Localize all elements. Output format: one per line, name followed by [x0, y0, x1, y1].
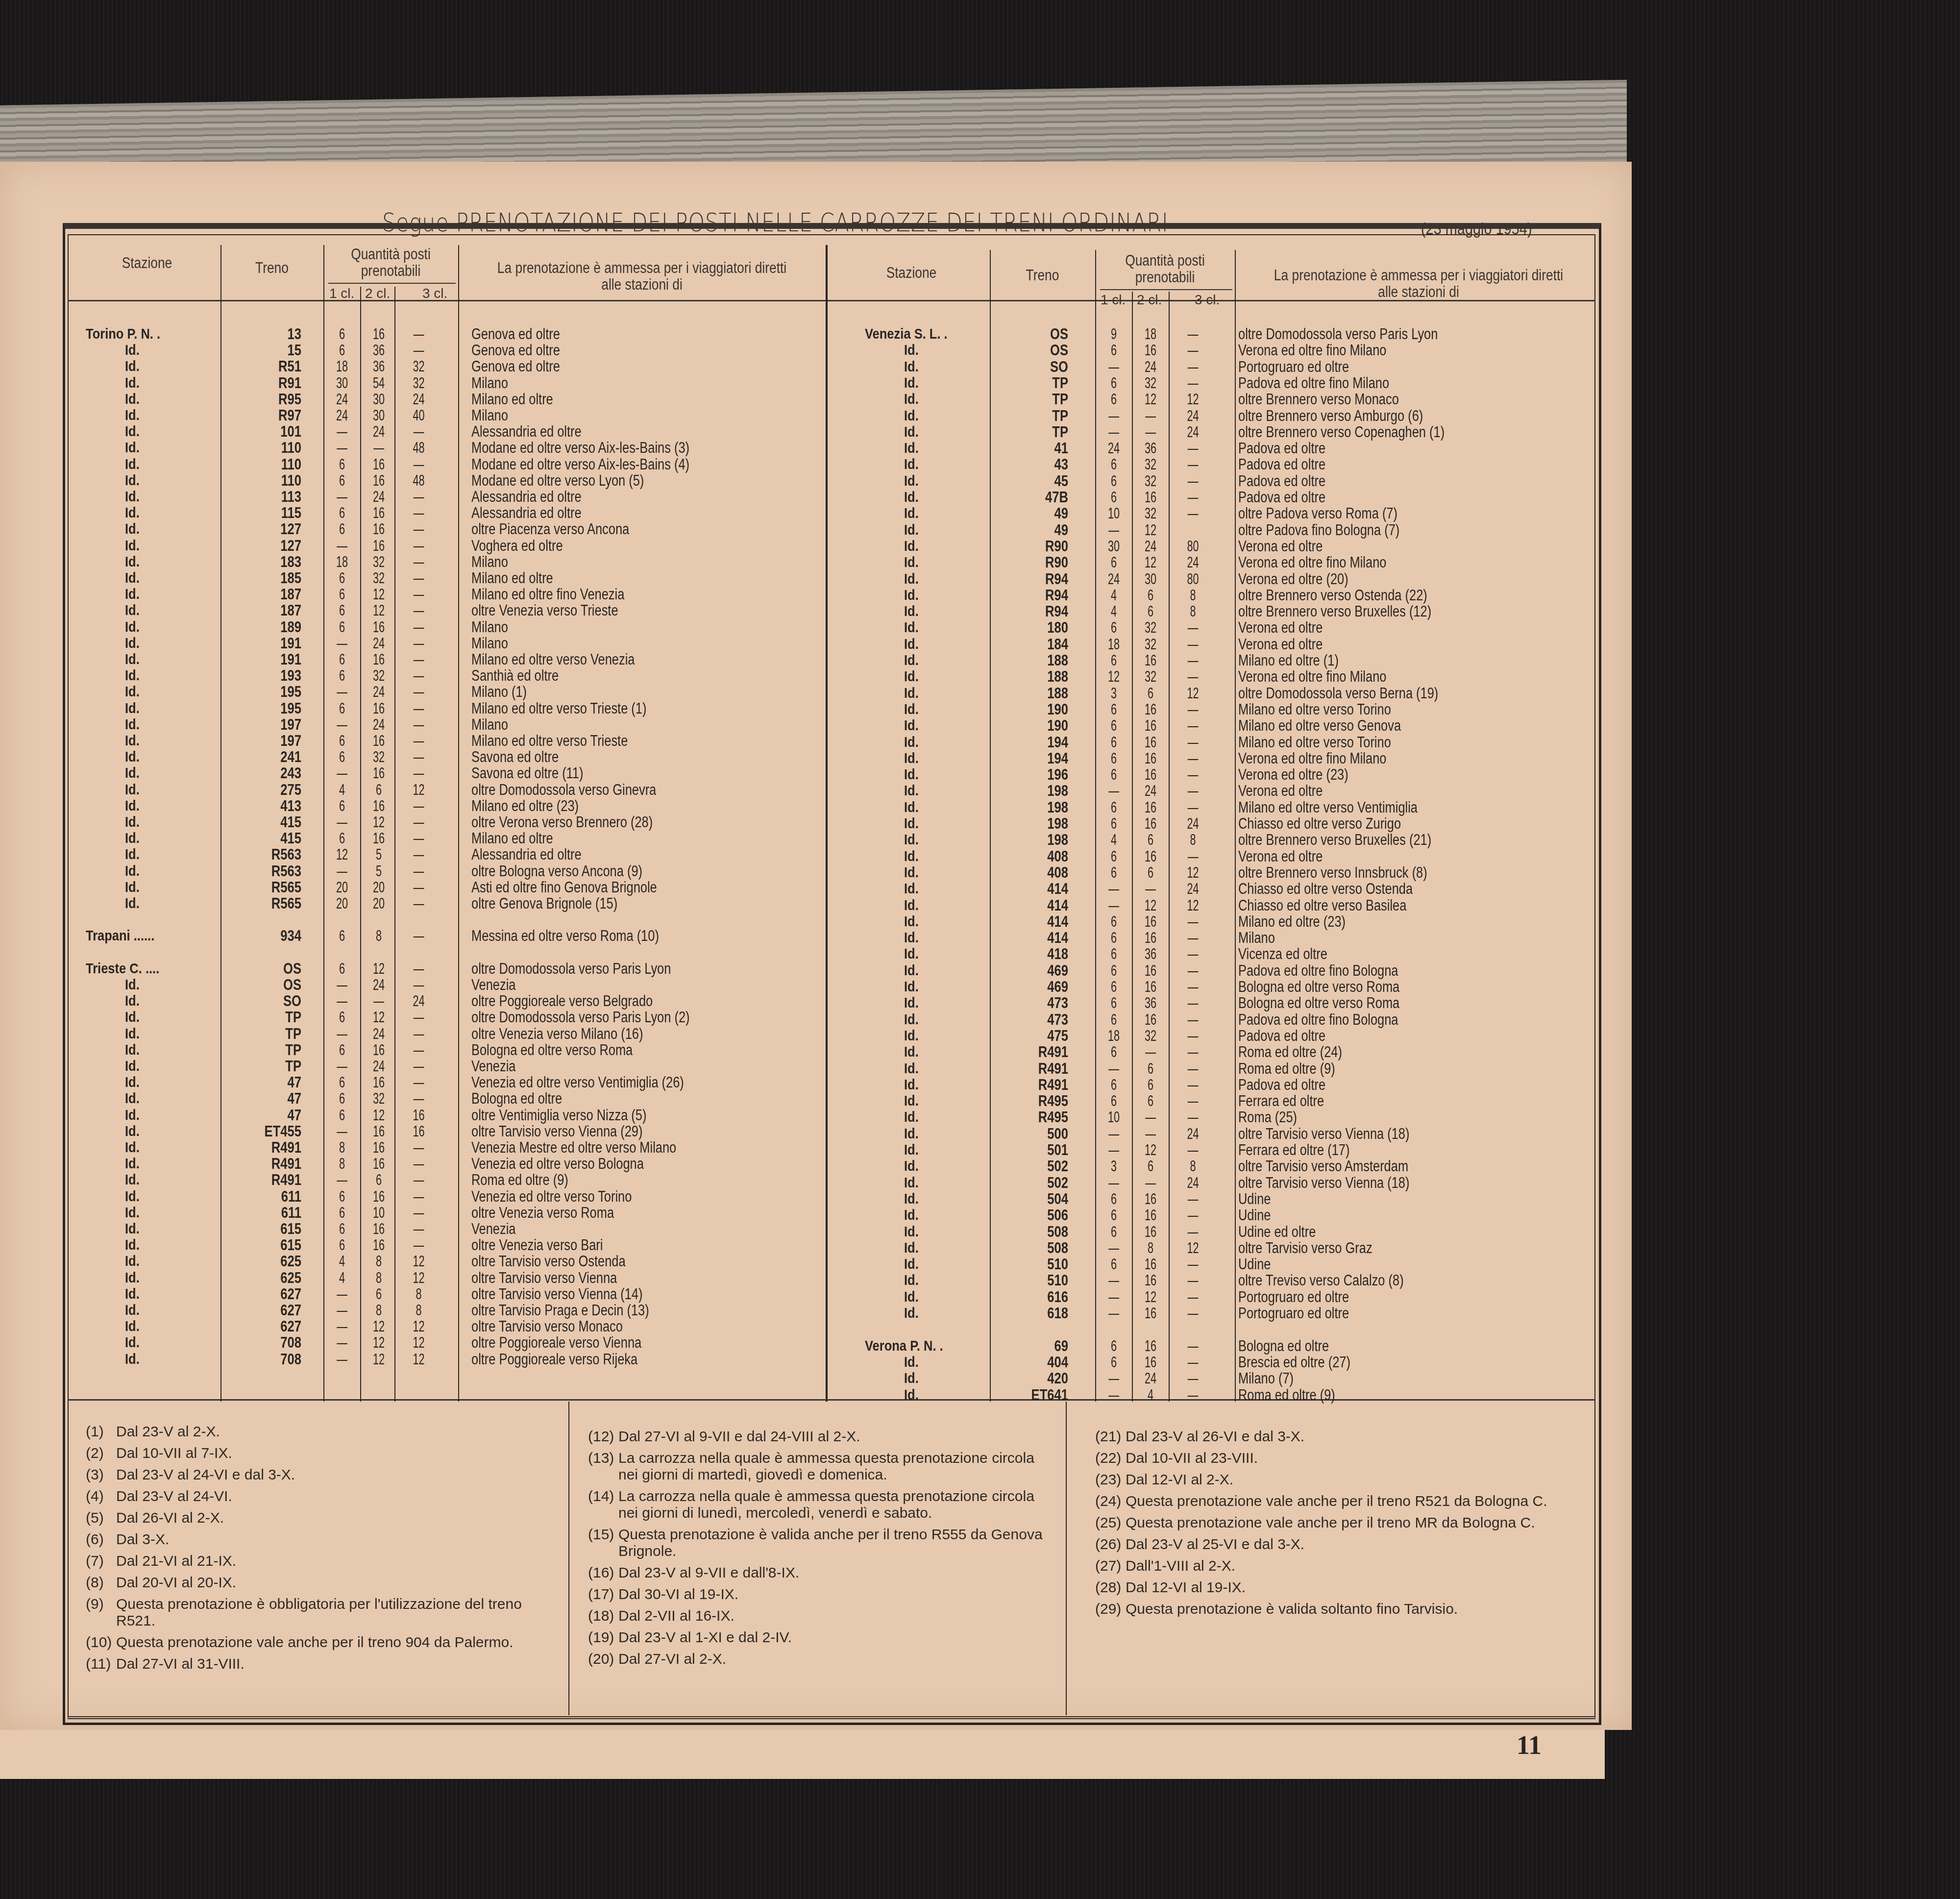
- train-cell: 408: [1007, 848, 1068, 864]
- table-row: Id.404616—Brescia ed oltre (27): [0, 1354, 1960, 1370]
- destination-cell: Verona ed oltre fino Milano: [1238, 750, 1386, 766]
- footnote-item: (27)Dall'1-VIII al 2-X.: [1095, 1558, 1566, 1575]
- destination-cell: Ferrara ed oltre: [1238, 1093, 1324, 1109]
- train-cell: R491: [1007, 1077, 1068, 1093]
- train-cell: R94: [1007, 571, 1068, 587]
- train-cell: 506: [1007, 1207, 1068, 1223]
- station-cell: Id.: [904, 815, 919, 832]
- seats-1cl-cell: —: [1102, 359, 1126, 375]
- destination-cell: Milano ed oltre (23): [1238, 913, 1346, 930]
- seats-2cl-cell: 6: [1138, 1060, 1163, 1077]
- train-cell: 190: [1007, 701, 1068, 717]
- table-row: Id.508616—Udine ed oltre: [0, 1224, 1960, 1240]
- header-quantita-rule-right: [1100, 289, 1232, 290]
- footnote-item: (23)Dal 12-VI al 2-X.: [1095, 1472, 1566, 1488]
- station-cell: Id.: [904, 995, 919, 1011]
- destination-cell: Roma (25): [1238, 1109, 1297, 1125]
- footnote-number: (17): [588, 1586, 618, 1603]
- seats-3cl-cell: —: [1176, 456, 1209, 472]
- footnote-number: (16): [588, 1565, 618, 1581]
- footnote-col-line: [568, 1402, 569, 1715]
- station-cell: Id.: [904, 636, 919, 652]
- seats-1cl-cell: 6: [1102, 962, 1126, 979]
- train-cell: 198: [1007, 799, 1068, 815]
- seats-3cl-cell: —: [1176, 1224, 1209, 1240]
- table-row: Id.469616—Bologna ed oltre verso Roma: [0, 979, 1960, 995]
- station-cell: Id.: [904, 375, 919, 391]
- seats-3cl-cell: —: [1176, 783, 1209, 799]
- seats-1cl-cell: 6: [1102, 946, 1126, 962]
- table-row: Id.414616—Milano ed oltre (23): [0, 913, 1960, 930]
- destination-cell: Portogruaro ed oltre: [1238, 359, 1349, 375]
- seats-2cl-cell: 32: [1138, 619, 1163, 636]
- train-cell: 508: [1007, 1224, 1068, 1240]
- station-cell: Id.: [904, 799, 919, 815]
- seats-3cl-cell: —: [1176, 995, 1209, 1011]
- table-row: Id.45632—Padova ed oltre: [0, 473, 1960, 489]
- header-1cl-left: 1 cl.: [329, 286, 354, 301]
- station-cell: Id.: [904, 1370, 919, 1386]
- seats-1cl-cell: —: [1102, 1272, 1126, 1288]
- seats-2cl-cell: 6: [1138, 832, 1163, 848]
- header-treno-right: Treno: [998, 267, 1087, 284]
- train-cell: SO: [1007, 359, 1068, 375]
- station-cell: Id.: [904, 1142, 919, 1158]
- seats-3cl-cell: 24: [1176, 1126, 1209, 1142]
- footnote-text: Dal 23-V al 1-XI e dal 2-IV.: [618, 1629, 792, 1646]
- seats-1cl-cell: 6: [1102, 1077, 1126, 1093]
- seats-3cl-cell: 24: [1176, 424, 1209, 440]
- station-cell: Id.: [904, 717, 919, 734]
- footnote-item: (12)Dal 27-VI al 9-VII e dal 24-VIII al …: [588, 1429, 1053, 1445]
- seats-1cl-cell: 12: [1102, 668, 1126, 685]
- table-row: Id.414——24Chiasso ed oltre verso Ostenda: [0, 881, 1960, 897]
- station-cell: Id.: [904, 440, 919, 456]
- train-cell: 188: [1007, 652, 1068, 668]
- destination-cell: Verona ed oltre fino Milano: [1238, 342, 1386, 358]
- station-cell: Id.: [904, 538, 919, 554]
- station-cell: Id.: [904, 619, 919, 636]
- seats-1cl-cell: 6: [1102, 375, 1126, 391]
- seats-2cl-cell: 32: [1138, 505, 1163, 521]
- seats-1cl-cell: 6: [1102, 701, 1126, 717]
- footnote-number: (11): [86, 1656, 116, 1673]
- seats-3cl-cell: —: [1176, 979, 1209, 995]
- station-cell: Id.: [904, 554, 919, 570]
- seats-3cl-cell: —: [1176, 359, 1209, 375]
- table-row: Venezia S. L. .OS918—oltre Domodossola v…: [0, 326, 1960, 342]
- train-cell: TP: [1007, 408, 1068, 424]
- train-cell: 420: [1007, 1370, 1068, 1386]
- footnote-item: (5)Dal 26-VI al 2-X.: [86, 1510, 551, 1527]
- seats-2cl-cell: 16: [1138, 766, 1163, 783]
- train-cell: R491: [1007, 1060, 1068, 1077]
- destination-cell: Bologna ed oltre verso Roma: [1238, 979, 1399, 995]
- seats-3cl-cell: 24: [1176, 1175, 1209, 1191]
- train-cell: 504: [1007, 1191, 1068, 1207]
- destination-cell: Portogruaro ed oltre: [1238, 1305, 1349, 1321]
- footnote-item: (1)Dal 23-V al 2-X.: [86, 1424, 551, 1440]
- station-cell: Id.: [904, 408, 919, 424]
- station-cell: Id.: [904, 587, 919, 603]
- seats-2cl-cell: 16: [1138, 799, 1163, 815]
- train-cell: 469: [1007, 979, 1068, 995]
- table-row: Id.49—12oltre Padova fino Bologna (7): [0, 522, 1960, 538]
- seats-1cl-cell: 6: [1102, 734, 1126, 750]
- seats-2cl-cell: 16: [1138, 1224, 1163, 1240]
- station-cell: Id.: [904, 1354, 919, 1370]
- station-cell: Id.: [904, 1272, 919, 1288]
- destination-cell: Milano (7): [1238, 1370, 1294, 1386]
- footnote-number: (10): [86, 1634, 116, 1651]
- footnote-text: Dal 20-VI al 20-IX.: [116, 1575, 236, 1591]
- table-row: Id.198468oltre Brennero verso Bruxelles …: [0, 832, 1960, 848]
- seats-1cl-cell: 6: [1102, 1207, 1126, 1223]
- seats-1cl-cell: 6: [1102, 1191, 1126, 1207]
- destination-cell: Milano ed oltre verso Torino: [1238, 701, 1391, 717]
- table-row: Id.500——24oltre Tarvisio verso Vienna (1…: [0, 1126, 1960, 1142]
- footnote-number: (25): [1095, 1515, 1126, 1531]
- seats-2cl-cell: 16: [1138, 930, 1163, 946]
- footnote-text: Dal 30-VI al 19-IX.: [618, 1586, 738, 1603]
- seats-2cl-cell: 16: [1138, 1207, 1163, 1223]
- seats-3cl-cell: —: [1176, 848, 1209, 864]
- seats-1cl-cell: —: [1102, 897, 1126, 913]
- destination-cell: Padova ed oltre fino Bologna: [1238, 1011, 1398, 1028]
- seats-2cl-cell: 16: [1138, 1272, 1163, 1288]
- train-cell: 414: [1007, 881, 1068, 897]
- header-2cl-right: 2 cl.: [1137, 292, 1162, 308]
- seats-1cl-cell: 6: [1102, 473, 1126, 489]
- seats-2cl-cell: 16: [1138, 1305, 1163, 1321]
- footnote-item: (19)Dal 23-V al 1-XI e dal 2-IV.: [588, 1629, 1053, 1646]
- footnote-text: Dal 23-V al 26-VI e dal 3-X.: [1126, 1429, 1304, 1445]
- footnote-number: (15): [588, 1527, 618, 1560]
- destination-cell: oltre Brennero verso Innsbruck (8): [1238, 864, 1427, 881]
- station-cell: Id.: [904, 1305, 919, 1321]
- header-2cl-left: 2 cl.: [365, 286, 390, 301]
- train-cell: R94: [1007, 603, 1068, 619]
- footnote-number: (22): [1095, 1450, 1126, 1467]
- destination-cell: Brescia ed oltre (27): [1238, 1354, 1350, 1370]
- seats-3cl-cell: —: [1176, 1370, 1209, 1386]
- destination-cell: Chiasso ed oltre verso Ostenda: [1238, 881, 1413, 897]
- seats-3cl-cell: —: [1176, 962, 1209, 979]
- footnote-item: (25)Questa prenotazione vale anche per i…: [1095, 1515, 1566, 1531]
- table-row: Id.408616—Verona ed oltre: [0, 848, 1960, 864]
- station-cell: Id.: [904, 668, 919, 685]
- seats-3cl-cell: —: [1176, 1011, 1209, 1028]
- footnote-number: (23): [1095, 1472, 1126, 1488]
- header-stazione-left: Stazione: [85, 255, 210, 271]
- header-destinazione-left: La prenotazione è ammessa per i viaggiat…: [496, 260, 788, 293]
- destination-cell: Milano: [1238, 930, 1275, 946]
- table-row: Id.502——24oltre Tarvisio verso Vienna (1…: [0, 1175, 1960, 1191]
- seats-1cl-cell: —: [1102, 1240, 1126, 1256]
- seats-2cl-cell: 16: [1138, 1191, 1163, 1207]
- seats-1cl-cell: 6: [1102, 489, 1126, 505]
- destination-cell: Padova ed oltre: [1238, 456, 1325, 472]
- train-cell: 47B: [1007, 489, 1068, 505]
- table-row: Id.190616—Milano ed oltre verso Genova: [0, 717, 1960, 734]
- train-cell: 184: [1007, 636, 1068, 652]
- seats-2cl-cell: 16: [1138, 489, 1163, 505]
- table-row: Verona P. N. .69616—Bologna ed oltre: [0, 1338, 1960, 1354]
- station-cell: Id.: [904, 979, 919, 995]
- seats-1cl-cell: 6: [1102, 554, 1126, 570]
- footnote-number: (3): [86, 1467, 116, 1483]
- train-cell: 49: [1007, 505, 1068, 521]
- destination-cell: Udine ed oltre: [1238, 1224, 1316, 1240]
- station-cell: Id.: [904, 930, 919, 946]
- seats-3cl-cell: —: [1176, 1109, 1209, 1125]
- seats-2cl-cell: 12: [1138, 1142, 1163, 1158]
- table-row: Id.414616—Milano: [0, 930, 1960, 946]
- footnote-number: (21): [1095, 1429, 1126, 1445]
- destination-cell: oltre Brennero verso Bruxelles (21): [1238, 832, 1431, 848]
- header-destinazione-right: La prenotazione è ammessa per i viaggiat…: [1271, 267, 1567, 300]
- footnote-text: Questa prenotazione vale anche per il tr…: [116, 1634, 514, 1651]
- train-cell: OS: [1007, 326, 1068, 342]
- destination-cell: oltre Brennero verso Amburgo (6): [1238, 408, 1423, 424]
- footnote-text: Dal 10-VII al 23-VIII.: [1126, 1450, 1258, 1467]
- seats-1cl-cell: 6: [1102, 1224, 1126, 1240]
- seats-3cl-cell: 8: [1176, 587, 1209, 603]
- header-quantita-left: Quantità posti prenotabili: [334, 246, 448, 279]
- seats-2cl-cell: 6: [1138, 864, 1163, 881]
- footnote-text: Dal 23-V al 9-VII e dall'8-IX.: [618, 1565, 799, 1581]
- seats-1cl-cell: 6: [1102, 456, 1126, 472]
- seats-2cl-cell: 16: [1138, 1338, 1163, 1354]
- footnote-number: (14): [588, 1488, 618, 1522]
- train-cell: R90: [1007, 554, 1068, 570]
- destination-cell: Verona ed oltre: [1238, 636, 1323, 652]
- seats-3cl-cell: 12: [1176, 391, 1209, 407]
- footnote-text: Dal 26-VI al 2-X.: [116, 1510, 224, 1527]
- seats-1cl-cell: 6: [1102, 717, 1126, 734]
- seats-1cl-cell: 3: [1102, 1158, 1126, 1174]
- destination-cell: Padova ed oltre: [1238, 1028, 1325, 1044]
- station-cell: Verona P. N. .: [865, 1338, 943, 1354]
- train-cell: 502: [1007, 1158, 1068, 1174]
- destination-cell: Udine: [1238, 1256, 1271, 1272]
- seats-2cl-cell: 12: [1138, 1289, 1163, 1305]
- footnote-item: (22)Dal 10-VII al 23-VIII.: [1095, 1450, 1566, 1467]
- table-row: Id.R94468oltre Brennero verso Bruxelles …: [0, 603, 1960, 619]
- station-cell: Id.: [904, 881, 919, 897]
- seats-2cl-cell: 36: [1138, 440, 1163, 456]
- seats-1cl-cell: 6: [1102, 750, 1126, 766]
- table-row: Id.ET641—4—Roma ed oltre (9): [0, 1387, 1960, 1403]
- table-row: Id.R94243080Verona ed oltre (20): [0, 571, 1960, 587]
- seats-3cl-cell: —: [1176, 505, 1209, 521]
- station-cell: Id.: [904, 1224, 919, 1240]
- seats-2cl-cell: 6: [1138, 587, 1163, 603]
- footnotes-col-3: (21)Dal 23-V al 26-VI e dal 3-X.(22)Dal …: [1095, 1429, 1566, 1623]
- station-cell: Id.: [904, 1044, 919, 1060]
- destination-cell: oltre Tarvisio verso Graz: [1238, 1240, 1372, 1256]
- seats-3cl-cell: —: [1176, 489, 1209, 505]
- train-cell: 418: [1007, 946, 1068, 962]
- seats-2cl-cell: —: [1138, 1126, 1163, 1142]
- footnote-text: Dal 12-VI al 19-IX.: [1126, 1579, 1246, 1596]
- table-row: Id.618—16—Portogruaro ed oltre: [0, 1305, 1960, 1321]
- station-cell: Id.: [904, 473, 919, 489]
- train-cell: 616: [1007, 1289, 1068, 1305]
- station-cell: Id.: [904, 1240, 919, 1256]
- seats-3cl-cell: 80: [1176, 571, 1209, 587]
- page-number: 11: [1517, 1730, 1542, 1760]
- station-cell: Venezia S. L. .: [865, 326, 948, 342]
- seats-2cl-cell: 16: [1138, 1011, 1163, 1028]
- seats-1cl-cell: —: [1102, 1387, 1126, 1403]
- station-cell: Id.: [904, 603, 919, 619]
- seats-3cl-cell: —: [1176, 1338, 1209, 1354]
- header-quantita-right: Quantità posti prenotabili: [1105, 252, 1224, 286]
- seats-3cl-cell: —: [1176, 799, 1209, 815]
- footnote-item: (9)Questa prenotazione è obbligatoria pe…: [86, 1596, 551, 1629]
- destination-cell: Roma ed oltre (24): [1238, 1044, 1342, 1060]
- footnote-text: Dal 10-VII al 7-IX.: [116, 1445, 232, 1462]
- train-cell: R495: [1007, 1093, 1068, 1109]
- seats-1cl-cell: —: [1102, 783, 1126, 799]
- seats-1cl-cell: 18: [1102, 636, 1126, 652]
- seats-2cl-cell: 32: [1138, 668, 1163, 685]
- seats-2cl-cell: 16: [1138, 913, 1163, 930]
- station-cell: Id.: [904, 1289, 919, 1305]
- station-cell: Id.: [904, 1387, 919, 1403]
- table-row: Id.616—12—Portogruaro ed oltre: [0, 1289, 1960, 1305]
- seats-3cl-cell: —: [1176, 1142, 1209, 1158]
- seats-1cl-cell: 6: [1102, 995, 1126, 1011]
- seats-1cl-cell: —: [1102, 1175, 1126, 1191]
- train-cell: 45: [1007, 473, 1068, 489]
- seats-1cl-cell: —: [1102, 424, 1126, 440]
- footnote-item: (14)La carrozza nella quale è ammessa qu…: [588, 1488, 1053, 1522]
- seats-3cl-cell: 24: [1176, 554, 1209, 570]
- footnote-number: (9): [86, 1596, 116, 1629]
- footnote-item: (24)Questa prenotazione vale anche per i…: [1095, 1493, 1566, 1510]
- table-row: Id.R9061224Verona ed oltre fino Milano: [0, 554, 1960, 570]
- footnote-number: (29): [1095, 1601, 1126, 1618]
- train-cell: 190: [1007, 717, 1068, 734]
- station-cell: Id.: [904, 750, 919, 766]
- station-cell: Id.: [904, 571, 919, 587]
- destination-cell: Milano ed oltre verso Genova: [1238, 717, 1401, 734]
- footnote-item: (4)Dal 23-V al 24-VI.: [86, 1488, 551, 1505]
- seats-2cl-cell: 16: [1138, 734, 1163, 750]
- table-row: Id.502368oltre Tarvisio verso Amsterdam: [0, 1158, 1960, 1174]
- seats-3cl-cell: 12: [1176, 897, 1209, 913]
- seats-3cl-cell: —: [1176, 652, 1209, 668]
- seats-1cl-cell: —: [1102, 1060, 1126, 1077]
- destination-cell: Padova ed oltre fino Bologna: [1238, 962, 1398, 979]
- train-cell: OS: [1007, 342, 1068, 358]
- footnote-item: (21)Dal 23-V al 26-VI e dal 3-X.: [1095, 1429, 1566, 1445]
- destination-cell: Bologna ed oltre verso Roma: [1238, 995, 1399, 1011]
- destination-cell: Padova ed oltre: [1238, 1077, 1325, 1093]
- footnote-item: (15)Questa prenotazione è valida anche p…: [588, 1527, 1053, 1560]
- seats-2cl-cell: 18: [1138, 326, 1163, 342]
- station-cell: Id.: [904, 652, 919, 668]
- seats-1cl-cell: 6: [1102, 815, 1126, 832]
- train-cell: 188: [1007, 685, 1068, 701]
- table-row: Id.TP——24oltre Brennero verso Amburgo (6…: [0, 408, 1960, 424]
- footnote-number: (5): [86, 1510, 116, 1527]
- table-row: Id.TP——24oltre Brennero verso Copenaghen…: [0, 424, 1960, 440]
- station-cell: Id.: [904, 962, 919, 979]
- footnote-item: (28)Dal 12-VI al 19-IX.: [1095, 1579, 1566, 1596]
- table-row: Id.R49510——Roma (25): [0, 1109, 1960, 1125]
- train-cell: 473: [1007, 1011, 1068, 1028]
- seats-2cl-cell: 32: [1138, 456, 1163, 472]
- seats-3cl-cell: 12: [1176, 685, 1209, 701]
- footnote-text: Dal 23-V al 24-VI e dal 3-X.: [116, 1467, 295, 1483]
- footnote-number: (8): [86, 1575, 116, 1591]
- seats-2cl-cell: 8: [1138, 1240, 1163, 1256]
- seats-1cl-cell: 4: [1102, 587, 1126, 603]
- seats-1cl-cell: 6: [1102, 799, 1126, 815]
- seats-2cl-cell: 16: [1138, 750, 1163, 766]
- seats-1cl-cell: 6: [1102, 930, 1126, 946]
- train-cell: R491: [1007, 1044, 1068, 1060]
- footnote-number: (27): [1095, 1558, 1126, 1575]
- table-row: Id.473636—Bologna ed oltre verso Roma: [0, 995, 1960, 1011]
- station-cell: Id.: [904, 1093, 919, 1109]
- destination-cell: Verona ed oltre: [1238, 538, 1323, 554]
- seats-3cl-cell: —: [1176, 1077, 1209, 1093]
- footnote-item: (20)Dal 27-VI al 2-X.: [588, 1651, 1053, 1668]
- footnote-text: Dal 23-V al 24-VI.: [116, 1488, 232, 1505]
- seats-2cl-cell: 32: [1138, 636, 1163, 652]
- station-cell: Id.: [904, 832, 919, 848]
- seats-2cl-cell: 24: [1138, 783, 1163, 799]
- seats-2cl-cell: 12: [1138, 554, 1163, 570]
- station-cell: Id.: [904, 766, 919, 783]
- seats-1cl-cell: 24: [1102, 571, 1126, 587]
- seats-3cl-cell: —: [1176, 375, 1209, 391]
- seats-2cl-cell: 36: [1138, 946, 1163, 962]
- station-cell: Id.: [904, 1028, 919, 1044]
- footnote-item: (26)Dal 23-V al 25-VI e dal 3-X.: [1095, 1536, 1566, 1553]
- footnote-text: Questa prenotazione vale anche per il tr…: [1126, 1515, 1535, 1531]
- destination-cell: Milano ed oltre verso Ventimiglia: [1238, 799, 1418, 815]
- station-cell: Id.: [904, 1207, 919, 1223]
- table-row: Id.194616—Milano ed oltre verso Torino: [0, 734, 1960, 750]
- destination-cell: Verona ed oltre: [1238, 783, 1323, 799]
- seats-3cl-cell: —: [1176, 930, 1209, 946]
- book-page-bottom: [0, 1730, 1605, 1779]
- table-row: Id.504616—Udine: [0, 1191, 1960, 1207]
- footnotes-col-1: (1)Dal 23-V al 2-X.(2)Dal 10-VII al 7-IX…: [86, 1424, 551, 1677]
- seats-2cl-cell: 12: [1138, 522, 1163, 538]
- seats-2cl-cell: 16: [1138, 815, 1163, 832]
- seats-1cl-cell: 6: [1102, 766, 1126, 783]
- table-row: Id.194616—Verona ed oltre fino Milano: [0, 750, 1960, 766]
- seats-3cl-cell: —: [1176, 440, 1209, 456]
- train-cell: 475: [1007, 1028, 1068, 1044]
- station-cell: Id.: [904, 342, 919, 358]
- table-row: Id.180632—Verona ed oltre: [0, 619, 1960, 636]
- train-cell: 469: [1007, 962, 1068, 979]
- footnote-text: Dal 27-VI al 31-VIII.: [116, 1656, 245, 1673]
- seats-1cl-cell: 6: [1102, 619, 1126, 636]
- station-cell: Id.: [904, 456, 919, 472]
- station-cell: Id.: [904, 1077, 919, 1093]
- destination-cell: Verona ed oltre (23): [1238, 766, 1348, 783]
- seats-2cl-cell: 24: [1138, 538, 1163, 554]
- footnote-text: Questa prenotazione è valida anche per i…: [618, 1527, 1053, 1560]
